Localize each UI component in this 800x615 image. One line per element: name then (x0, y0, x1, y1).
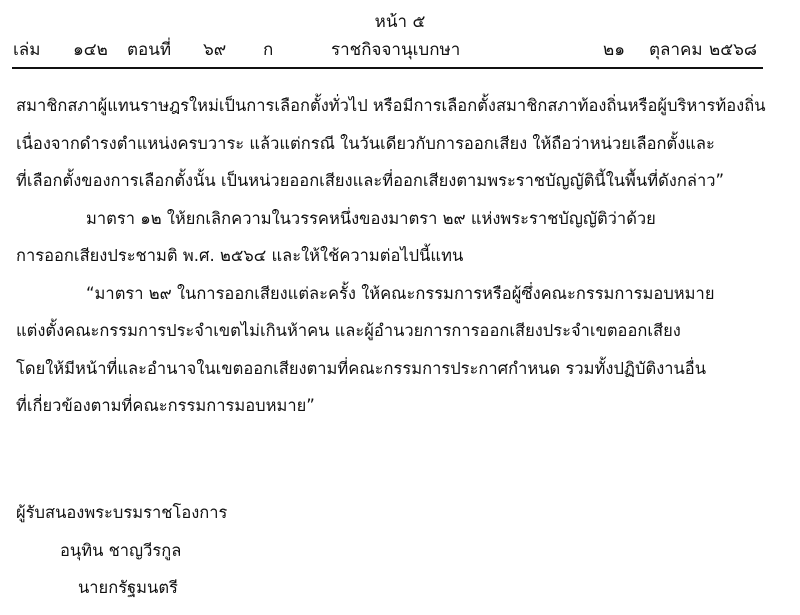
body-line: การออกเสียงประชามติ พ.ศ. ๒๕๖๔ และให้ใช้ค… (16, 243, 463, 269)
body-line: ที่เลือกตั้งของการเลือกตั้งนั้น เป็นหน่ว… (16, 168, 724, 194)
header-divider (12, 67, 763, 69)
body-line: ที่เกี่ยวข้องตามที่คณะกรรมการมอบหมาย” (16, 393, 315, 419)
date-month: ตุลาคม (649, 36, 703, 63)
quoted-section-paragraph: “มาตรา ๒๙ ในการออกเสียงแต่ละครั้ง ให้คณะ… (86, 281, 715, 307)
gazette-header: เล่ม ๑๔๒ ตอนที่ ๖๙ ก ราชกิจจานุเบกษา ๒๑ … (13, 36, 763, 62)
page-number: หน้า ๕ (0, 8, 800, 35)
gazette-name: ราชกิจจานุเบกษา (331, 36, 460, 63)
issue-number: ๖๙ (203, 36, 226, 63)
volume-label: เล่ม (13, 36, 40, 63)
date-day: ๒๑ (603, 36, 625, 63)
date-year: ๒๕๖๘ (709, 36, 757, 63)
issue-letter: ก (263, 36, 273, 63)
body-line: เนื่องจากดำรงตำแหน่งครบวาระ แล้วแต่กรณี … (16, 131, 715, 157)
body-line: สมาชิกสภาผู้แทนราษฎรใหม่เป็นการเลือกตั้ง… (16, 93, 765, 119)
section-paragraph: มาตรา ๑๒ ให้ยกเลิกความในวรรคหนึ่งของมาตร… (86, 206, 656, 232)
signatory-title: นายกรัฐมนตรี (78, 575, 178, 601)
volume-number: ๑๔๒ (73, 36, 108, 63)
issue-label: ตอนที่ (127, 36, 171, 63)
countersign-label: ผู้รับสนองพระบรมราชโองการ (16, 500, 227, 526)
body-line: แต่งตั้งคณะกรรมการประจำเขตไม่เกินห้าคน แ… (16, 318, 681, 344)
body-line: โดยให้มีหน้าที่และอำนาจในเขตออกเสียงตามท… (16, 356, 706, 382)
signatory-name: อนุทิน ชาญวีรกูล (60, 538, 181, 564)
